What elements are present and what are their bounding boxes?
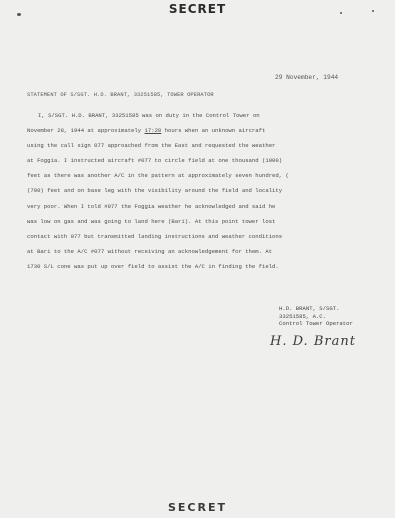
body-line: (700) feet and on base leg with the visi… [27,183,332,198]
body-line: at Foggia. I instructed aircraft #077 to… [27,153,332,168]
scan-speck [372,10,374,12]
signature-block: H.D. BRANT, S/SGT. 33251585, A.C. Contro… [279,305,353,328]
signer-serial: 33251585, A.C. [279,313,353,321]
body-line: I, S/SGT. H.D. BRANT, 33251585 was on du… [27,108,332,123]
statement-heading: STATEMENT OF S/SGT. H.D. BRANT, 33251585… [27,92,214,98]
body-line: was low on gas and was going to land her… [27,214,332,229]
classification-stamp-bottom: SECRET [0,501,395,514]
body-line: 1730 S/L cone was put up over field to a… [27,259,332,274]
signer-name: H.D. BRANT, S/SGT. [279,305,353,313]
scan-speck [17,13,21,16]
scan-speck [340,12,342,14]
signer-title: Control Tower Operator [279,320,353,328]
underlined-time: 17:20 [145,127,162,134]
classification-stamp-top: SECRET [0,2,395,16]
body-line: feet as there was another A/C in the pat… [27,168,332,183]
body-line: very poor. When I told #077 the Foggia w… [27,199,332,214]
document-page: SECRET 29 November, 1944 STATEMENT OF S/… [0,0,395,518]
body-line: at Bari to the A/C #077 without receivin… [27,244,332,259]
body-line: using the call sign 077 approached from … [27,138,332,153]
handwritten-signature: H. D. Brant [270,334,356,349]
document-date: 29 November, 1944 [275,74,338,81]
statement-body: I, S/SGT. H.D. BRANT, 33251585 was on du… [27,108,332,274]
body-line: November 28, 1944 at approximately 17:20… [27,123,332,138]
body-line: contact with 077 but transmitted landing… [27,229,332,244]
body-line-prefix: November 28, 1944 at approximately [27,127,145,134]
body-line-suffix: hours when an unknown aircraft [161,127,265,134]
